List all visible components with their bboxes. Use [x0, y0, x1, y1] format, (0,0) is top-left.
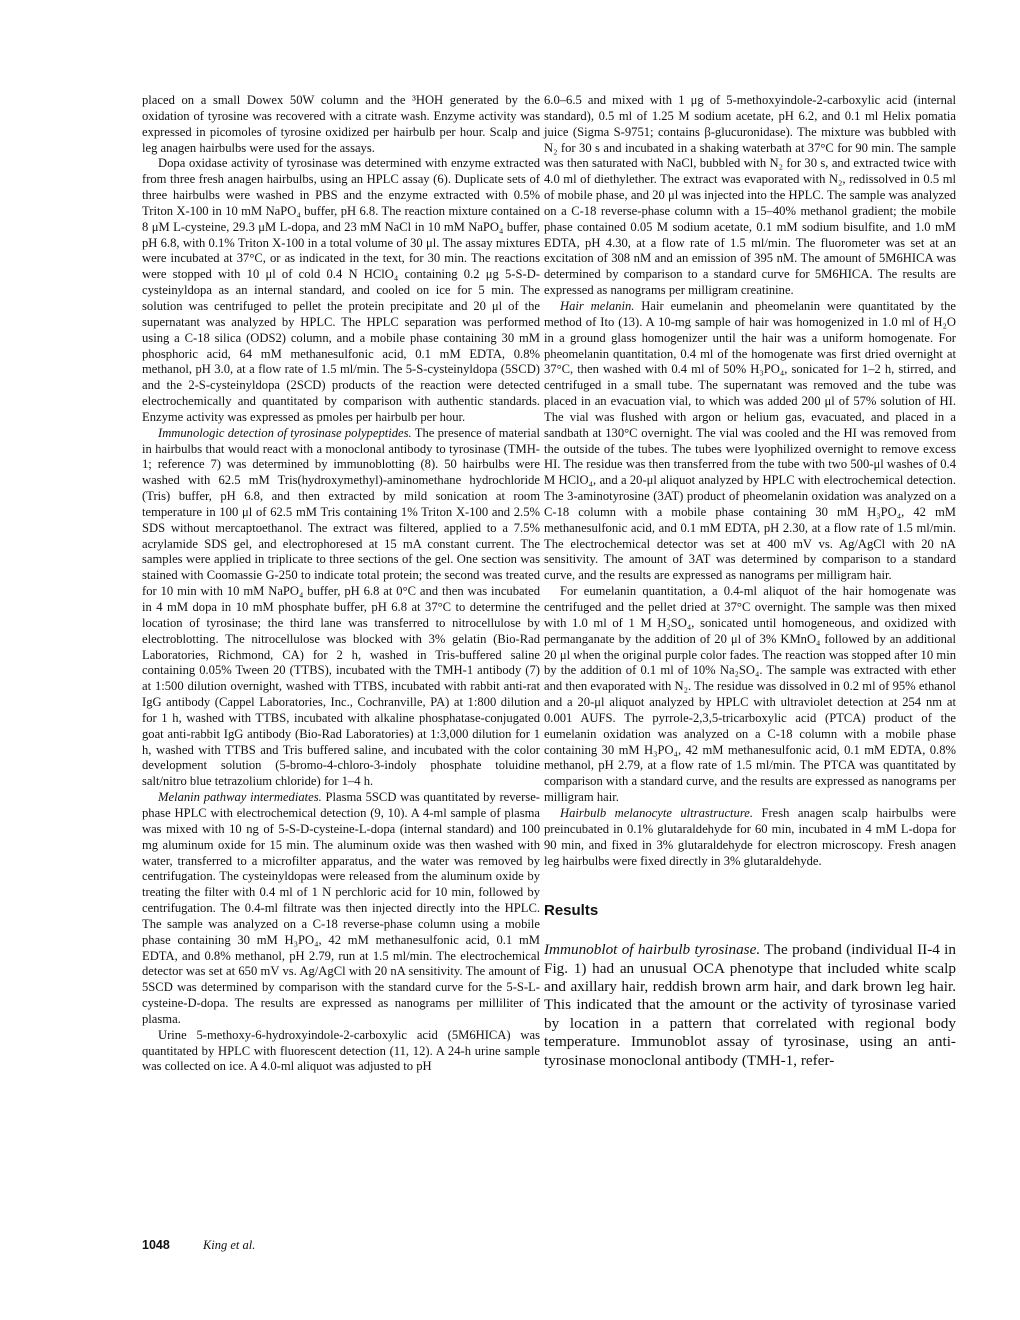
- paragraph-text: The proband (individual II-4 in Fig. 1) …: [544, 941, 956, 1068]
- right-column: 6.0–6.5 and mixed with 1 μg of 5-methoxy…: [544, 93, 956, 1070]
- paragraph: Immunologic detection of tyrosinase poly…: [142, 426, 540, 790]
- subsection-heading: Hair melanin.: [560, 299, 634, 313]
- paragraph: Hair melanin. Hair eumelanin and pheomel…: [544, 299, 956, 584]
- paragraph-text: Plasma 5SCD was quantitated by reverse-p…: [142, 790, 540, 1026]
- page-number: 1048: [142, 1238, 170, 1252]
- running-authors: King et al.: [203, 1238, 255, 1252]
- paragraph-text: Hair eumelanin and pheomelanin were quan…: [544, 299, 956, 582]
- subsection-heading: Melanin pathway intermediates.: [158, 790, 322, 804]
- paragraph: 6.0–6.5 and mixed with 1 μg of 5-methoxy…: [544, 93, 956, 299]
- subsection-heading: Immunoblot of hairbulb tyrosinase.: [544, 941, 760, 958]
- paragraph: placed on a small Dowex 50W column and t…: [142, 93, 540, 156]
- left-column: placed on a small Dowex 50W column and t…: [142, 93, 540, 1075]
- paragraph: Hairbulb melanocyte ultrastructure. Fres…: [544, 806, 956, 869]
- paragraph: Dopa oxidase activity of tyrosinase was …: [142, 156, 540, 425]
- paragraph: Melanin pathway intermediates. Plasma 5S…: [142, 790, 540, 1028]
- section-heading-results: Results: [544, 903, 956, 919]
- paragraph-text: The presence of material in hairbulbs th…: [142, 426, 540, 789]
- page-footer: 1048 King et al.: [142, 1238, 255, 1253]
- paragraph: Urine 5-methoxy-6-hydroxyindole-2-carbox…: [142, 1028, 540, 1076]
- subsection-heading: Hairbulb melanocyte ultrastructure.: [560, 806, 753, 820]
- paragraph: For eumelanin quantitation, a 0.4-ml ali…: [544, 584, 956, 806]
- subsection-heading: Immunologic detection of tyrosinase poly…: [158, 426, 412, 440]
- paragraph: Immunoblot of hairbulb tyrosinase. The p…: [544, 941, 956, 1070]
